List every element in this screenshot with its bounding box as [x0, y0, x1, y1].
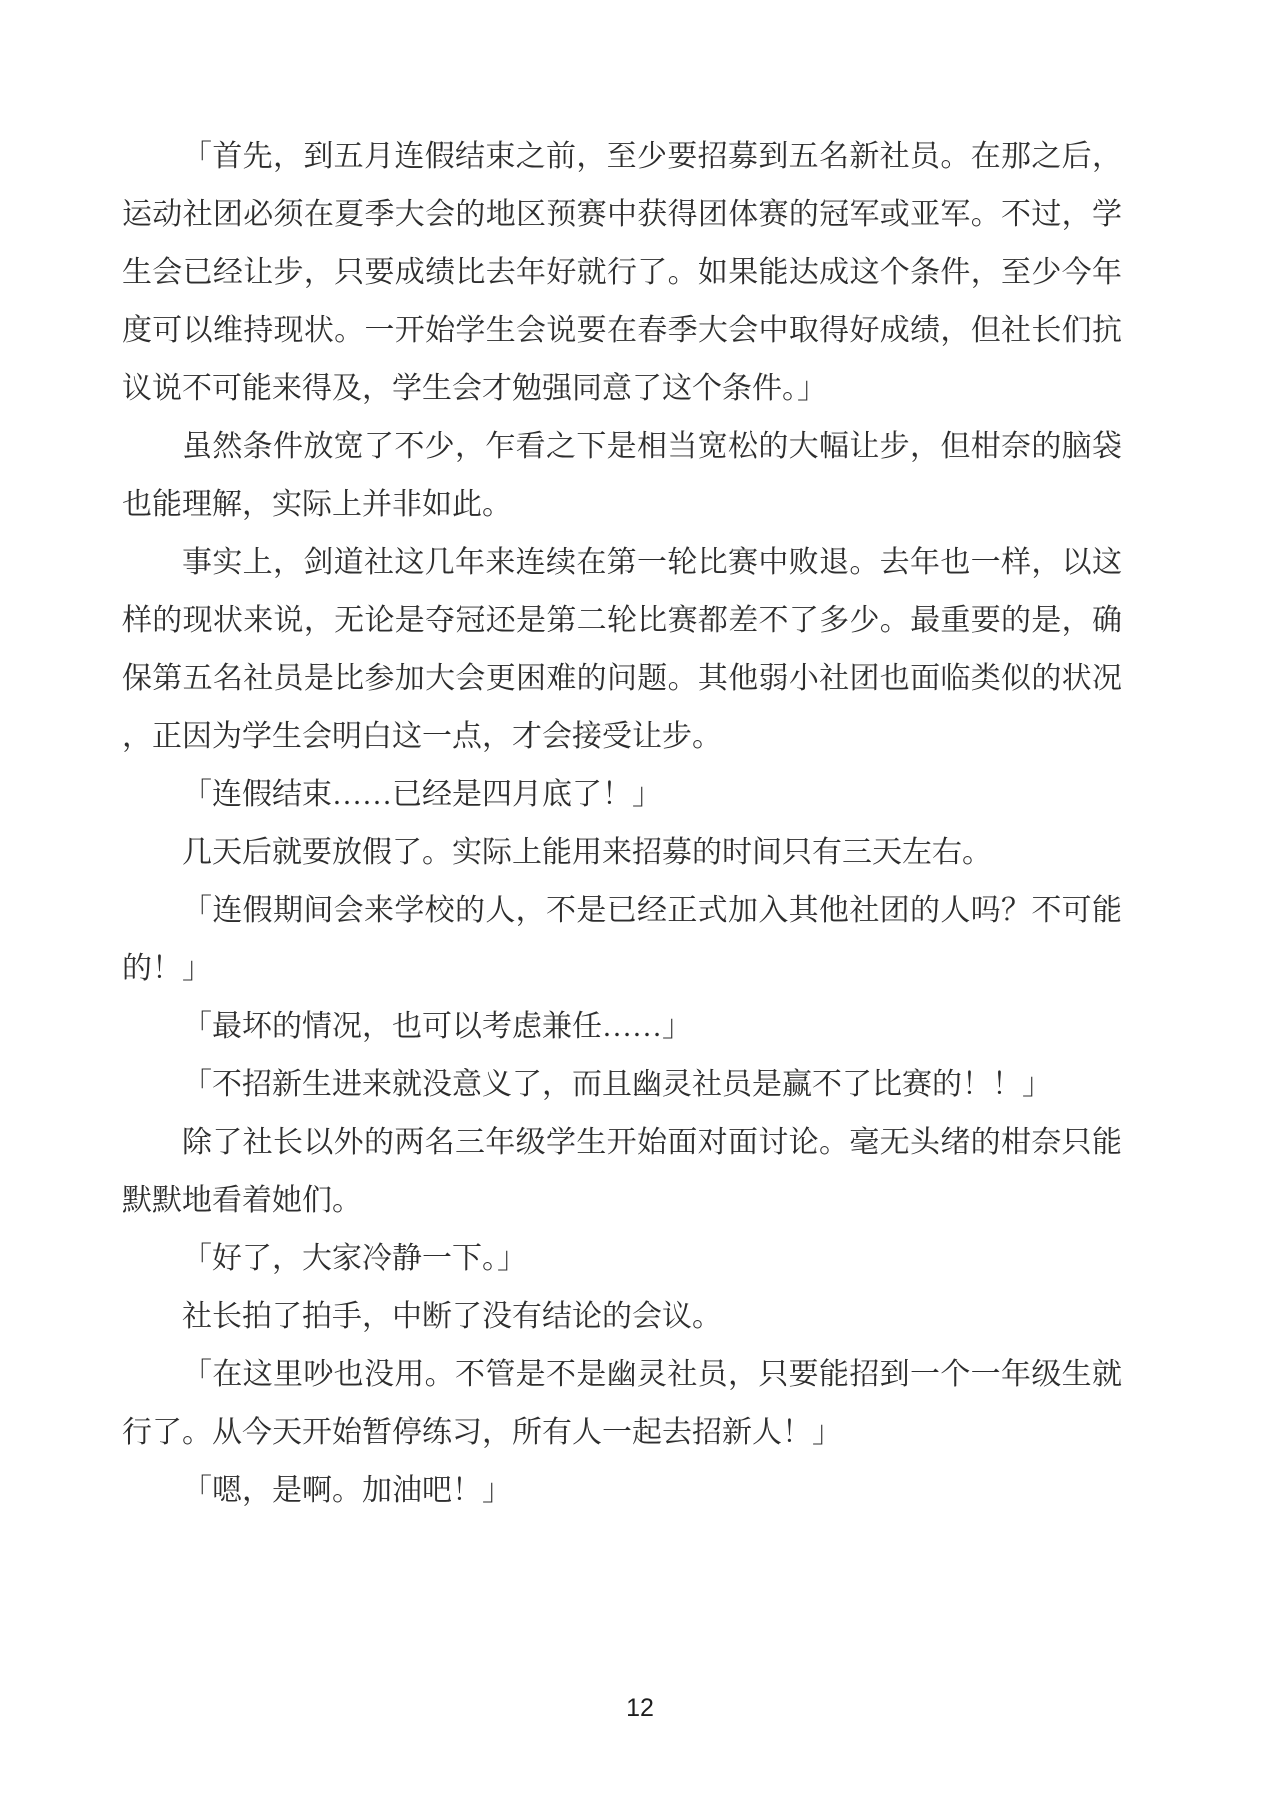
paragraph: 「最坏的情况，也可以考虑兼任……」	[122, 998, 1122, 1056]
body-text: 「首先，到五月连假结束之前，至少要招募到五名新社员。在那之后，运动社团必须在夏季…	[122, 128, 1122, 1520]
paragraph: 「连假期间会来学校的人，不是已经正式加入其他社团的人吗？不可能的！」	[122, 882, 1122, 998]
paragraph: 事实上，剑道社这几年来连续在第一轮比赛中败退。去年也一样，以这样的现状来说，无论…	[122, 534, 1122, 766]
paragraph: 「连假结束……已经是四月底了！」	[122, 766, 1122, 824]
page-number: 12	[0, 1694, 1280, 1723]
paragraph: 「不招新生进来就没意义了，而且幽灵社员是赢不了比赛的！！」	[122, 1056, 1122, 1114]
paragraph: 「好了，大家冷静一下。」	[122, 1230, 1122, 1288]
paragraph: 几天后就要放假了。实际上能用来招募的时间只有三天左右。	[122, 824, 1122, 882]
paragraph: 除了社长以外的两名三年级学生开始面对面讨论。毫无头绪的柑奈只能默默地看着她们。	[122, 1114, 1122, 1230]
paragraph: 「在这里吵也没用。不管是不是幽灵社员，只要能招到一个一年级生就行了。从今天开始暂…	[122, 1346, 1122, 1462]
paragraph: 「嗯，是啊。加油吧！」	[122, 1462, 1122, 1520]
paragraph: 虽然条件放宽了不少，乍看之下是相当宽松的大幅让步，但柑奈的脑袋也能理解，实际上并…	[122, 418, 1122, 534]
paragraph: 「首先，到五月连假结束之前，至少要招募到五名新社员。在那之后，运动社团必须在夏季…	[122, 128, 1122, 418]
document-page: 「首先，到五月连假结束之前，至少要招募到五名新社员。在那之后，运动社团必须在夏季…	[0, 0, 1280, 1810]
paragraph: 社长拍了拍手，中断了没有结论的会议。	[122, 1288, 1122, 1346]
